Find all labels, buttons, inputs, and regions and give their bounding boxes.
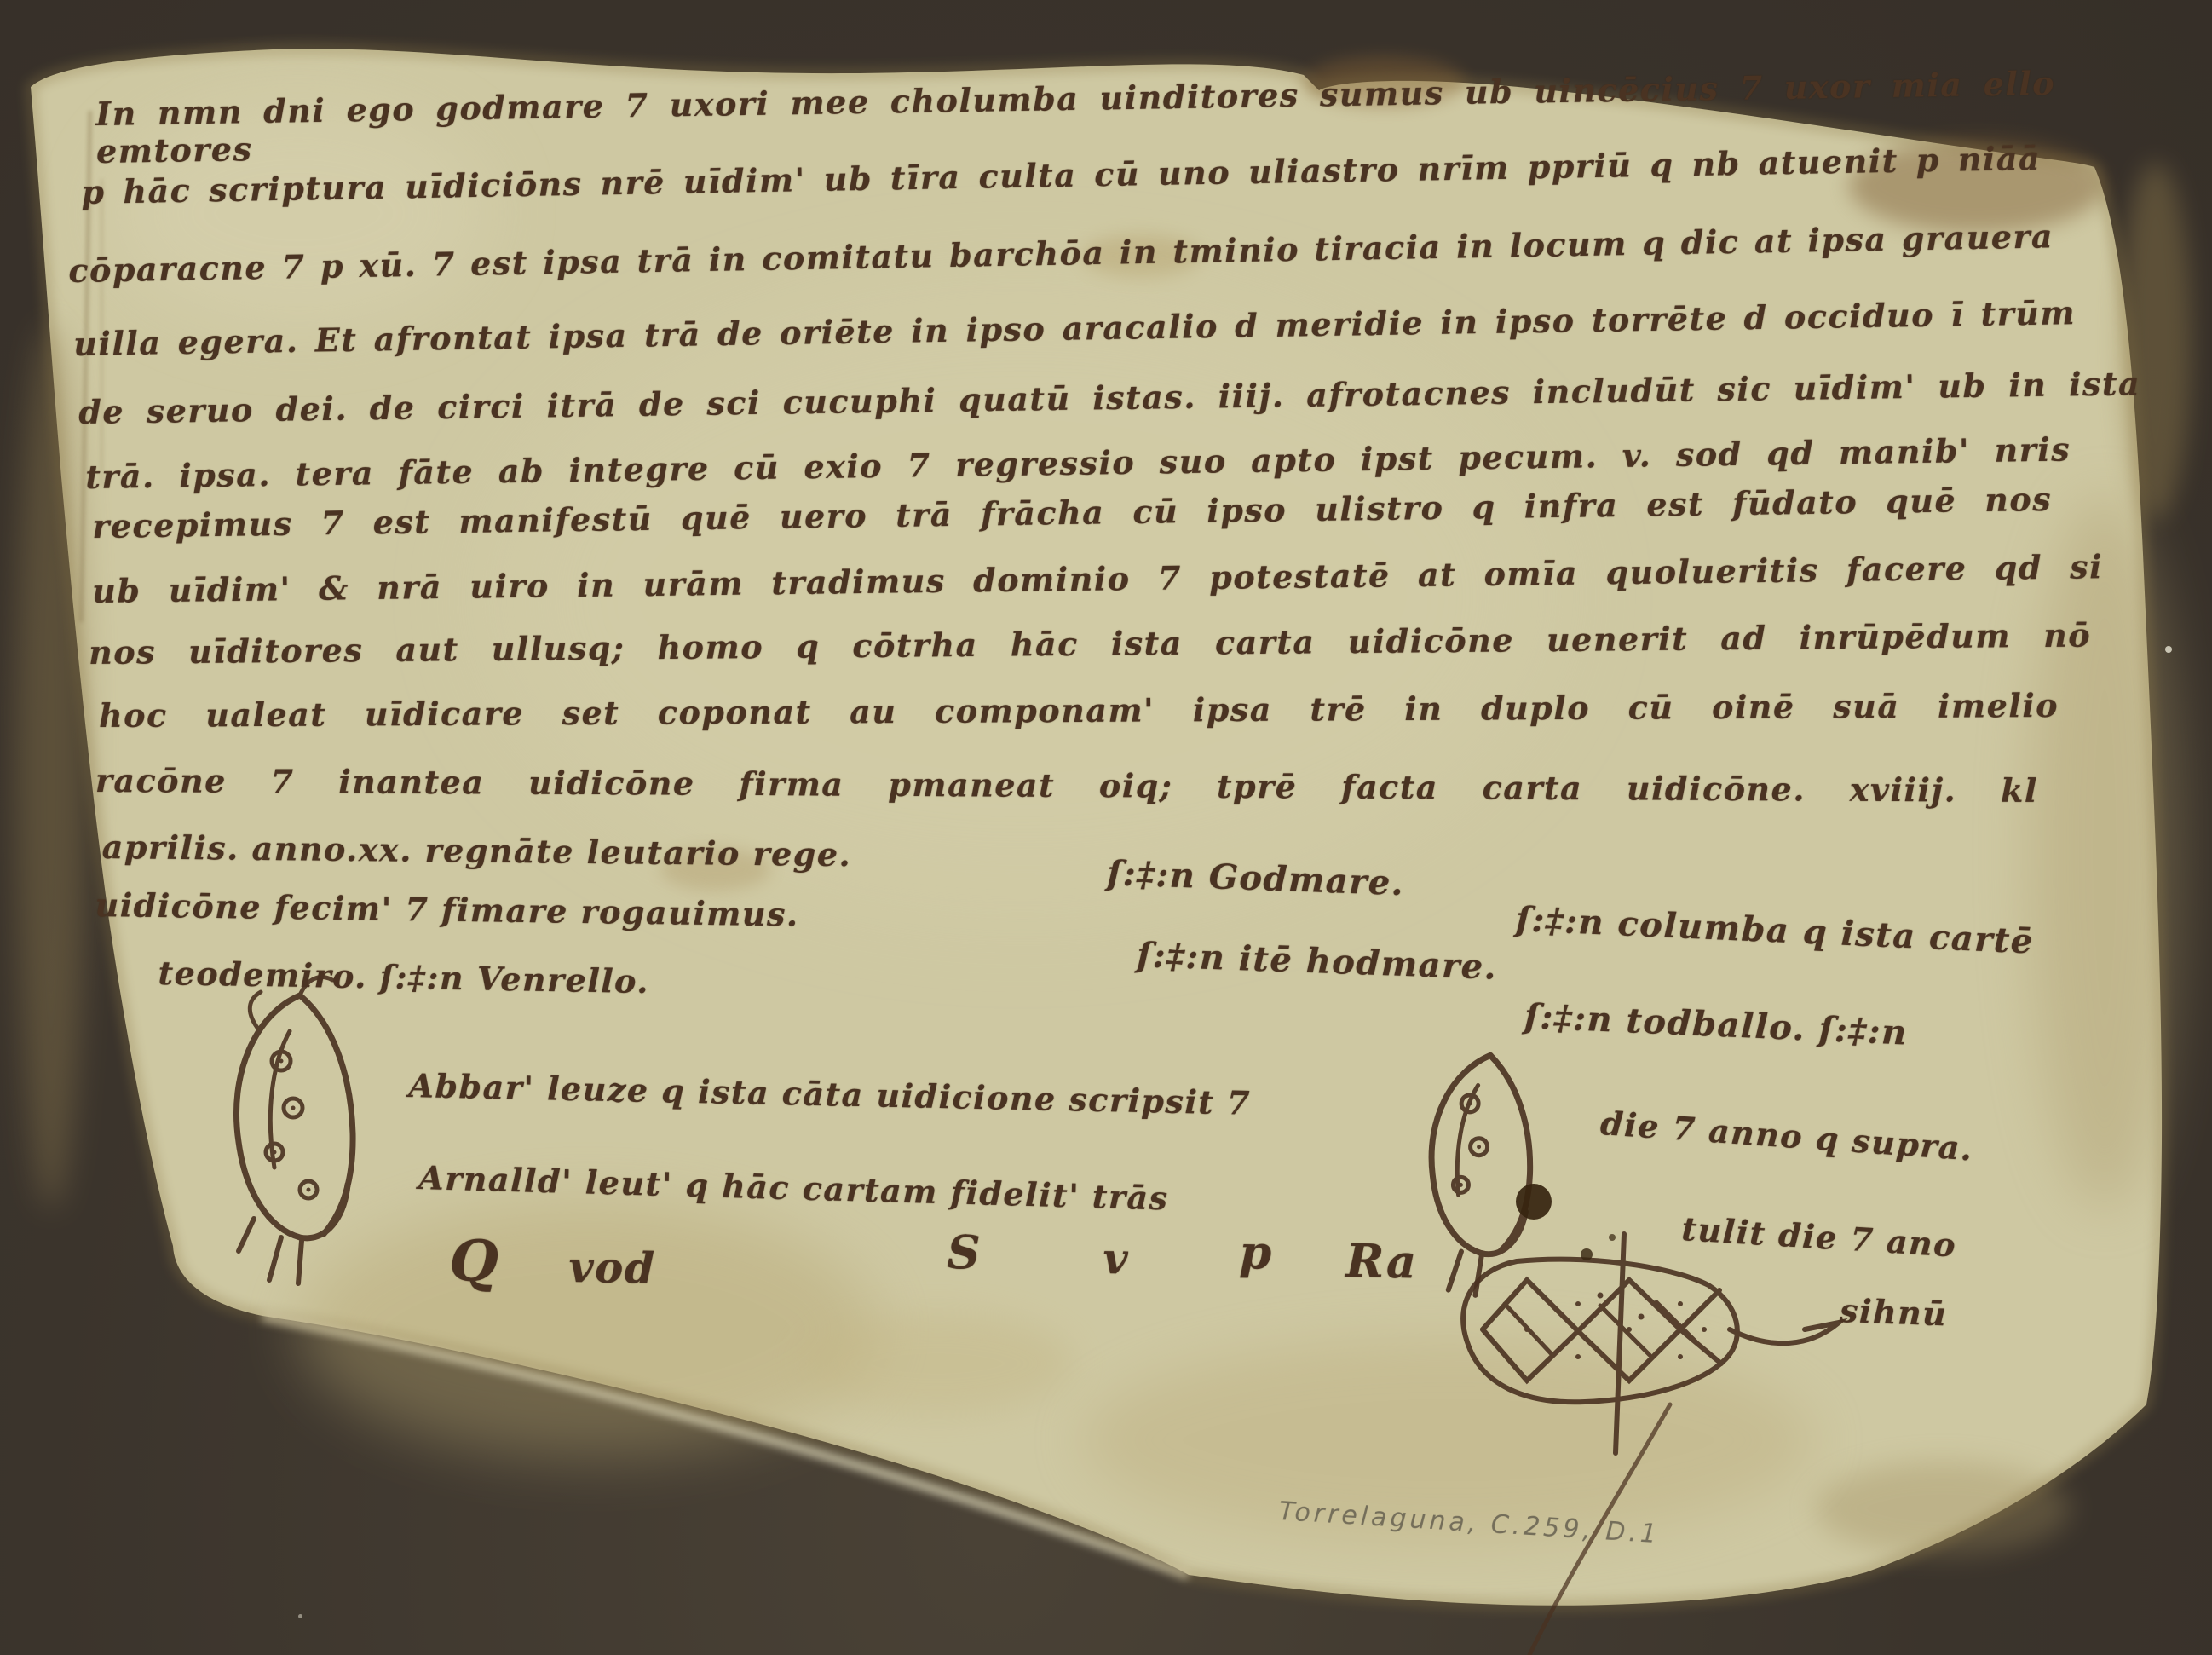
- quod-supra-letter-s: S: [947, 1225, 982, 1279]
- quod-supra-letter-v: v: [1103, 1234, 1130, 1283]
- dust-speck: [2165, 646, 2172, 653]
- quod-supra-letter-ra: Ra: [1345, 1234, 1418, 1289]
- quod-supra-letter-vod: vod: [568, 1243, 656, 1293]
- signum-word: sihnū: [1839, 1292, 1948, 1333]
- photo-backdrop: In nmn dni ego godmare 7 uxori mee cholu…: [0, 0, 2212, 1655]
- quod-supra-letter-q: Q: [449, 1229, 500, 1295]
- charter-dating-clause: aprilis. anno.xx. regnāte leutario rege.: [102, 828, 852, 874]
- quod-supra-letter-p: p: [1239, 1225, 1273, 1279]
- dust-speck: [298, 1614, 302, 1618]
